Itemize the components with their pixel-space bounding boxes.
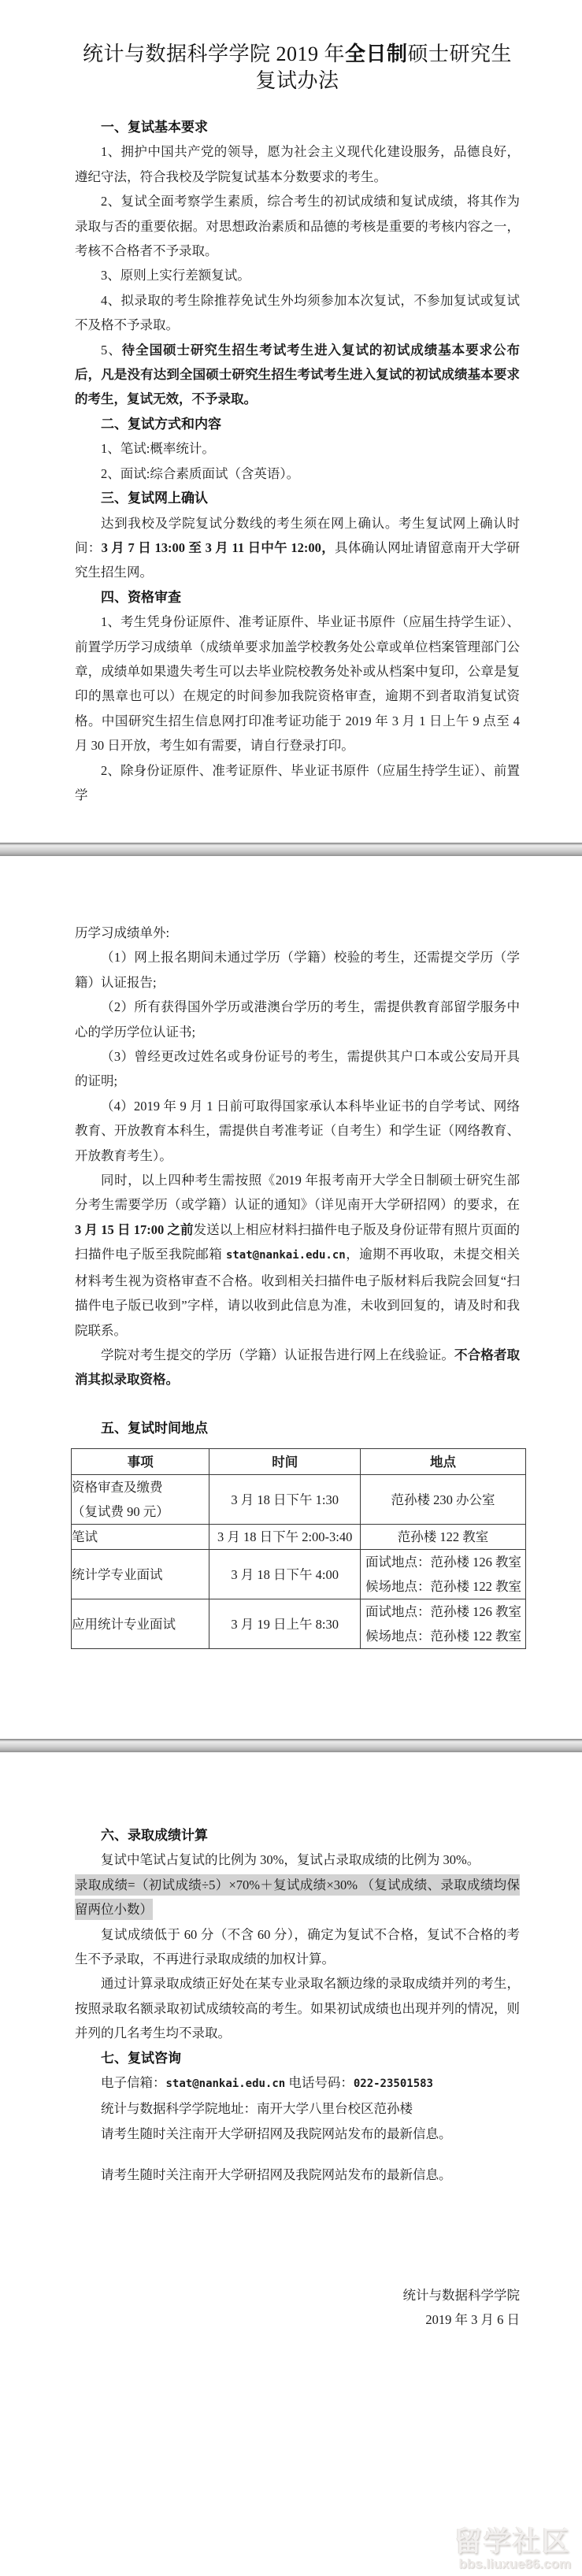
table-row: 资格审查及缴费（复试费 90 元）3 月 18 日下午 1:30范孙楼 230 … xyxy=(72,1475,526,1525)
table-cell-line: 资格审查及缴费 xyxy=(72,1475,209,1499)
text-run: 022-23501583 xyxy=(354,2077,433,2090)
table-cell-item: 应用统计专业面试 xyxy=(72,1599,209,1649)
text-run: （2）所有获得国外学历或港澳台学历的考生，需提供教育部留学服务中心的学历学位认证… xyxy=(75,999,520,1039)
text-run: 电话号码： xyxy=(285,2075,354,2090)
body-paragraph: 录取成绩=（初试成绩÷5）×70%＋复试成绩×30% （复试成绩、录取成绩均保留… xyxy=(75,1873,520,1922)
body-paragraph: 请考生随时关注南开大学研招网及我院网站发布的最新信息。 xyxy=(75,2163,520,2187)
doc-title: 统计与数据科学学院 2019 年全日制硕士研究生复试办法 xyxy=(75,41,520,95)
watermark-url: bbs.liuxue86.com xyxy=(454,2557,571,2571)
text-run: 录取成绩=（初试成绩÷5）×70%＋复试成绩×30% （复试成绩、录取成绩均保留… xyxy=(75,1874,520,1920)
date-line: 2019 年 3 月 6 日 xyxy=(75,2307,520,2332)
table-cell-line: 范孙楼 230 办公室 xyxy=(361,1488,525,1512)
table-cell-line: 面试地点：范孙楼 126 教室 xyxy=(365,1550,525,1574)
table-cell-place: 范孙楼 230 办公室 xyxy=(360,1475,525,1525)
body-paragraph: 电子信箱：stat@nankai.edu.cn 电话号码：022-2350158… xyxy=(75,2070,520,2096)
table-cell-place: 面试地点：范孙楼 126 教室候场地点：范孙楼 122 教室 xyxy=(360,1599,525,1649)
body-paragraph: 2、复试全面考察学生素质，综合考生的初试成绩和复试成绩，将其作为录取与否的重要依… xyxy=(75,189,520,263)
section-heading: 四、资格审查 xyxy=(75,585,520,610)
watermark-text: 留学社区 xyxy=(454,2528,571,2557)
text-run: 1、笔试:概率统计。 xyxy=(101,441,215,456)
page-1: 统计与数据科学学院 2019 年全日制硕士研究生复试办法一、复试基本要求1、拥护… xyxy=(0,0,582,843)
text-run: 3 月 7 日 13:00 至 3 月 11 日中午 12:00， xyxy=(102,540,335,555)
body-paragraph: （3）曾经更改过姓名或身份证号的考生，需提供其户口本或公安局开具的证明; xyxy=(75,1044,520,1094)
text-run: 电子信箱： xyxy=(101,2075,166,2090)
table-header-cell: 地点 xyxy=(360,1449,525,1475)
section-heading: 二、复试方式和内容 xyxy=(75,412,520,436)
table-cell-time: 3 月 18 日下午 1:30 xyxy=(209,1475,361,1525)
text-run: 复试成绩低于 60 分（不含 60 分），确定为复试不合格，复试不合格的考生不予… xyxy=(75,1927,520,1966)
table-cell-place: 面试地点：范孙楼 126 教室候场地点：范孙楼 122 教室 xyxy=(360,1550,525,1599)
text-run: 同时，以上四种考生需按照《2019 年报考南开大学全日制硕士研究生部分考生需要学… xyxy=(75,1173,520,1212)
text-run: 请考生随时关注南开大学研招网及我院网站发布的最新信息。 xyxy=(101,2126,452,2141)
section-heading: 七、复试咨询 xyxy=(75,2046,520,2070)
table-cell-line: 统计学专业面试 xyxy=(72,1562,209,1587)
body-paragraph: 5、待全国硕士研究生招生考试考生进入复试的初试成绩基本要求公布后，凡是没有达到全… xyxy=(75,338,520,412)
signature-line: 统计与数据科学学院 xyxy=(75,2283,520,2307)
table-cell-item: 资格审查及缴费（复试费 90 元） xyxy=(72,1475,209,1525)
body-paragraph: 2、除身份证原件、准考证原件、毕业证书原件（应届生持学生证）、前置学 xyxy=(75,758,520,808)
table-cell-line: 候场地点：范孙楼 122 教室 xyxy=(365,1624,525,1648)
body-paragraph: 4、拟录取的考生除推荐免试生外均须参加本次复试，不参加复试或复试不及格不予录取。 xyxy=(75,288,520,338)
text-run: 全日制 xyxy=(345,43,408,65)
text-run: 4、拟录取的考生除推荐免试生外均须参加本次复试，不参加复试或复试不及格不予录取。 xyxy=(75,293,520,332)
page-divider xyxy=(0,843,582,856)
body-paragraph: 复试中笔试占复试的比例为 30%，复试占录取成绩的比例为 30%。 xyxy=(75,1848,520,1872)
table-row: 统计学专业面试3 月 18 日下午 4:00面试地点：范孙楼 126 教室候场地… xyxy=(72,1550,526,1599)
body-paragraph: 同时，以上四种考生需按照《2019 年报考南开大学全日制硕士研究生部分考生需要学… xyxy=(75,1168,520,1343)
document: 统计与数据科学学院 2019 年全日制硕士研究生复试办法一、复试基本要求1、拥护… xyxy=(0,0,582,2576)
table-cell-line: 3 月 19 日上午 8:30 xyxy=(209,1612,360,1636)
text-run: 1、拥护中国共产党的领导，愿为社会主义现代化建设服务，品德良好，遵纪守法，符合我… xyxy=(75,144,520,183)
table-cell-item: 统计学专业面试 xyxy=(72,1550,209,1599)
section-heading: 六、录取成绩计算 xyxy=(75,1823,520,1848)
table-cell-line: （复试费 90 元） xyxy=(72,1499,209,1524)
table-cell-item: 笔试 xyxy=(72,1525,209,1550)
body-paragraph: 2、面试:综合素质面试（含英语）。 xyxy=(75,461,520,486)
schedule-table: 事项时间地点资格审查及缴费（复试费 90 元）3 月 18 日下午 1:30范孙… xyxy=(71,1448,526,1649)
text-run: （1）网上报名期间未通过学历（学籍）校验的考生，还需提交学历（学籍）认证报告; xyxy=(75,950,520,989)
body-paragraph: 1、考生凭身份证原件、准考证原件、毕业证书原件（应届生持学生证）、前置学历学习成… xyxy=(75,610,520,758)
text-run: 待全国硕士研究生招生考试考生进入复试的初试成绩基本要求公布后，凡是没有达到全国硕… xyxy=(75,343,520,407)
text-run: stat@nankai.edu.cn xyxy=(166,2077,286,2090)
section-heading: 五、复试时间地点 xyxy=(75,1416,520,1440)
body-paragraph: 1、拥护中国共产党的领导，愿为社会主义现代化建设服务，品德良好，遵纪守法，符合我… xyxy=(75,139,520,189)
text-run: （4）2019 年 9 月 1 日前可取得国家承认本科毕业证书的自学考试、网络教… xyxy=(75,1099,520,1163)
section-heading: 三、复试网上确认 xyxy=(75,486,520,510)
table-header-cell: 事项 xyxy=(72,1449,209,1475)
page-3: 六、录取成绩计算复试中笔试占复试的比例为 30%，复试占录取成绩的比例为 30%… xyxy=(0,1752,582,2576)
page-divider xyxy=(0,1739,582,1752)
body-paragraph: 历学习成绩单外: xyxy=(75,921,520,945)
table-cell-line: 面试地点：范孙楼 126 教室 xyxy=(365,1599,525,1624)
table-cell-line: 3 月 18 日下午 1:30 xyxy=(209,1488,360,1512)
body-paragraph: （1）网上报名期间未通过学历（学籍）校验的考生，还需提交学历（学籍）认证报告; xyxy=(75,945,520,995)
table-cell-time: 3 月 19 日上午 8:30 xyxy=(209,1599,361,1649)
body-paragraph: 统计与数据科学学院地址：南开大学八里台校区范孙楼 xyxy=(75,2096,520,2121)
table-cell-line: 范孙楼 122 教室 xyxy=(361,1525,525,1549)
table-cell-place: 范孙楼 122 教室 xyxy=(360,1525,525,1550)
text-run: stat@nankai.edu.cn xyxy=(226,1249,346,1262)
watermark: 留学社区bbs.liuxue86.com xyxy=(454,2528,571,2571)
body-paragraph: 学院对考生提交的学历（学籍）认证报告进行网上在线验证。不合格者取消其拟录取资格。 xyxy=(75,1343,520,1392)
text-run: 2、面试:综合素质面试（含英语）。 xyxy=(101,466,299,481)
table-cell-line: 3 月 18 日下午 2:00-3:40 xyxy=(209,1525,360,1549)
table-row: 笔试3 月 18 日下午 2:00-3:40范孙楼 122 教室 xyxy=(72,1525,526,1550)
text-run: （3）曾经更改过姓名或身份证号的考生，需提供其户口本或公安局开具的证明; xyxy=(75,1049,520,1088)
text-run: 通过计算录取成绩正好处在某专业录取名额边缘的录取成绩并列的考生，按照录取名额录取… xyxy=(75,1976,520,2040)
table-cell-time: 3 月 18 日下午 4:00 xyxy=(209,1550,361,1599)
text-run: 2、复试全面考察学生素质，综合考生的初试成绩和复试成绩，将其作为录取与否的重要依… xyxy=(75,194,520,258)
table-cell-line: 笔试 xyxy=(72,1525,209,1549)
text-run: 1、考生凭身份证原件、准考证原件、毕业证书原件（应届生持学生证）、前置学历学习成… xyxy=(75,614,520,753)
table-header-cell: 时间 xyxy=(209,1449,361,1475)
body-paragraph: 3、原则上实行差额复试。 xyxy=(75,263,520,287)
text-run: 统计与数据科学学院地址：南开大学八里台校区范孙楼 xyxy=(101,2101,413,2116)
body-paragraph: 达到我校及学院复试分数线的考生须在网上确认。考生复试网上确认时间：3 月 7 日… xyxy=(75,511,520,585)
text-run: 5、 xyxy=(101,343,122,358)
text-run: 学院对考生提交的学历（学籍）认证报告进行网上在线验证。 xyxy=(101,1347,454,1362)
body-paragraph: 通过计算录取成绩正好处在某专业录取名额边缘的录取成绩并列的考生，按照录取名额录取… xyxy=(75,1971,520,2045)
table-cell-line: 候场地点：范孙楼 122 教室 xyxy=(365,1574,525,1599)
signature-block: 统计与数据科学学院2019 年 3 月 6 日 xyxy=(75,2283,520,2333)
body-paragraph: （4）2019 年 9 月 1 日前可取得国家承认本科毕业证书的自学考试、网络教… xyxy=(75,1094,520,1168)
text-run: 3 月 15 日 17:00 之前 xyxy=(75,1222,194,1237)
section-heading: 一、复试基本要求 xyxy=(75,115,520,139)
table-cell-line: 应用统计专业面试 xyxy=(72,1612,209,1636)
text-run: 3、原则上实行差额复试。 xyxy=(101,268,250,283)
body-paragraph: 请考生随时关注南开大学研招网及我院网站发布的最新信息。 xyxy=(75,2122,520,2146)
text-run: 2、除身份证原件、准考证原件、毕业证书原件（应届生持学生证）、前置学 xyxy=(75,763,520,802)
text-run: 复试中笔试占复试的比例为 30%，复试占录取成绩的比例为 30%。 xyxy=(101,1852,480,1867)
text-run: 请考生随时关注南开大学研招网及我院网站发布的最新信息。 xyxy=(101,2167,452,2182)
page-2: 历学习成绩单外:（1）网上报名期间未通过学历（学籍）校验的考生，还需提交学历（学… xyxy=(0,856,582,1739)
body-paragraph: （2）所有获得国外学历或港澳台学历的考生，需提供教育部留学服务中心的学历学位认证… xyxy=(75,995,520,1044)
table-row: 应用统计专业面试3 月 19 日上午 8:30面试地点：范孙楼 126 教室候场… xyxy=(72,1599,526,1649)
body-paragraph: 复试成绩低于 60 分（不含 60 分），确定为复试不合格，复试不合格的考生不予… xyxy=(75,1922,520,1972)
text-run: 统计与数据科学学院 2019 年 xyxy=(83,43,345,65)
table-cell-time: 3 月 18 日下午 2:00-3:40 xyxy=(209,1525,361,1550)
table-cell-line: 3 月 18 日下午 4:00 xyxy=(209,1562,360,1587)
body-paragraph: 1、笔试:概率统计。 xyxy=(75,436,520,461)
text-run: 历学习成绩单外: xyxy=(75,925,169,940)
